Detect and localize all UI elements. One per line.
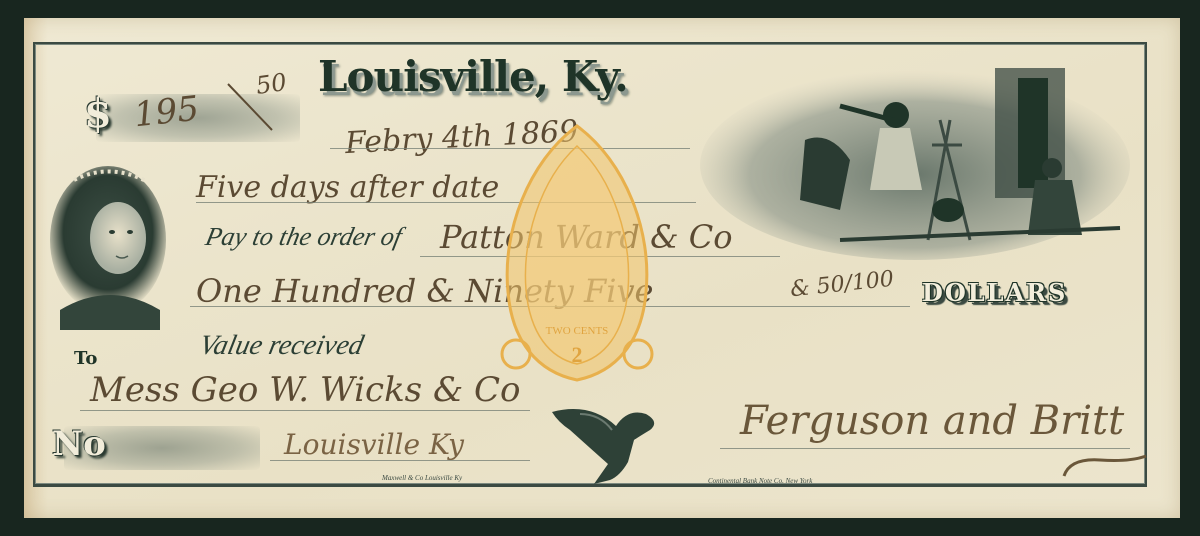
signature-field: Ferguson and Britt <box>740 398 1124 444</box>
camp-scene-vignette <box>700 50 1140 260</box>
terms-field: Five days after date <box>196 170 499 205</box>
drawee-field: Mess Geo W. Wicks & Co <box>90 370 521 410</box>
amount-figures: 195 <box>132 89 201 136</box>
stamp-label: TWO CENTS <box>546 325 609 337</box>
signature-rule <box>720 448 1130 449</box>
drawee-city-rule <box>270 460 530 461</box>
printer-imprint-left: Maxwell & Co Louisville Ky <box>382 474 462 482</box>
stamp-value: 2 <box>572 342 583 367</box>
drawee-rule <box>80 410 530 411</box>
city-title: Louisville, Ky. <box>318 52 628 101</box>
drawee-city-field: Louisville Ky <box>284 428 464 461</box>
revenue-stamp: TWO CENTS 2 <box>496 122 658 384</box>
dollars-label: DOLLARS <box>922 278 1067 307</box>
pay-to-label: Pay to the order of <box>203 222 405 252</box>
signature-underline-flourish <box>1060 452 1150 482</box>
number-label: No <box>52 424 106 464</box>
printer-imprint-right: Continental Bank Note Co. New York <box>708 477 812 485</box>
portrait-vignette <box>40 160 180 330</box>
value-received-label: Value received <box>197 330 367 362</box>
to-label: To <box>74 348 97 369</box>
amount-slash-stroke <box>220 78 280 138</box>
dollar-sign-icon: $ <box>84 90 112 137</box>
eagle-vignette <box>550 400 670 485</box>
